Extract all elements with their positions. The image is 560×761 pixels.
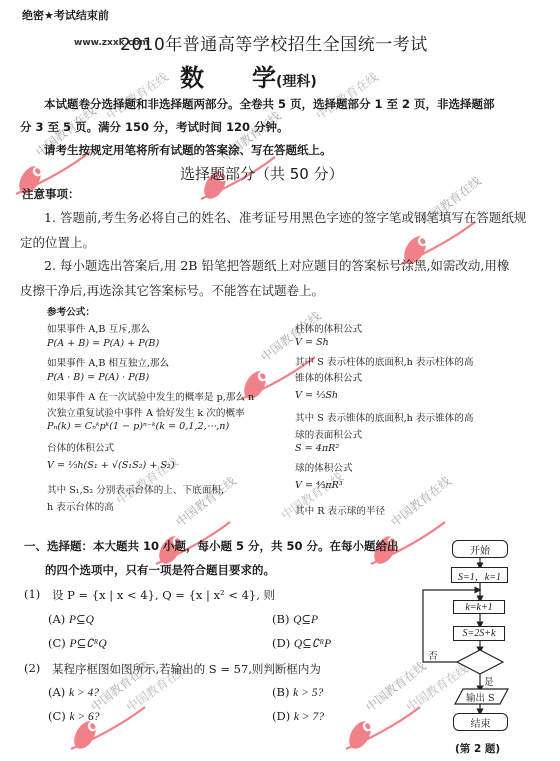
flowchart-yes-label: 是	[484, 674, 494, 688]
flowchart-no-label: 否	[428, 648, 438, 662]
flowchart-connectors	[0, 0, 560, 761]
flowchart-start: 开始	[452, 540, 508, 558]
flowchart-step-update: S=2S+k	[453, 626, 505, 641]
flowchart-output: 输出 S	[466, 690, 495, 704]
flowchart-step-increment: k=k+1	[453, 600, 505, 614]
flowchart-caption: (第 2 题)	[455, 741, 500, 756]
flowchart-end: 结束	[453, 713, 508, 731]
flowchart-init: S=1，k=1	[451, 567, 508, 583]
